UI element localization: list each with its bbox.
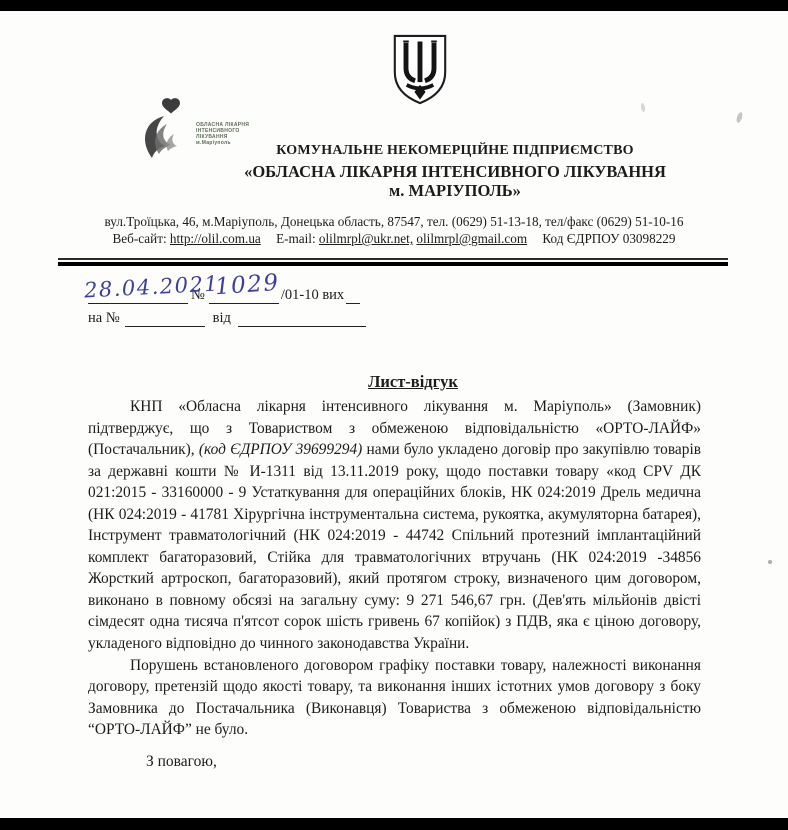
header-divider	[58, 258, 728, 266]
scan-speck	[735, 111, 743, 123]
number-tail-line	[346, 289, 360, 304]
number-suffix: /01-10 вих	[279, 287, 346, 304]
letter-body: КНП «Обласна лікарня інтенсивного лікува…	[88, 396, 701, 741]
address-block: вул.Троїцька, 46, м.Маріуполь, Донецька …	[11, 214, 777, 247]
org-type-line: КОМУНАЛЬНЕ НЕКОМЕРЦІЙНЕ ПІДПРИЄМСТВО	[150, 143, 760, 159]
scan-speck	[640, 103, 646, 113]
scan-edge-bottom	[0, 818, 788, 830]
org-header: КОМУНАЛЬНЕ НЕКОМЕРЦІЙНЕ ПІДПРИЄМСТВО «ОБ…	[150, 143, 760, 200]
reply-from-field	[238, 312, 366, 327]
paragraph: КНП «Обласна лікарня інтенсивного лікува…	[88, 396, 701, 655]
email-link-1: olilmrpl@ukr.net,	[319, 231, 413, 246]
website-link: http://olil.com.ua	[170, 231, 261, 246]
ukraine-trident-emblem	[385, 33, 455, 106]
handwritten-number: 1029	[214, 270, 280, 300]
email-link-2: olilmrpl@gmail.com	[416, 231, 527, 246]
address-line: вул.Троїцька, 46, м.Маріуполь, Донецька …	[11, 214, 777, 230]
reply-to-field	[125, 312, 205, 327]
edrpou-code: 03098229	[623, 231, 676, 246]
number-field: 1029	[209, 281, 279, 304]
date-field: 28.04.2021	[88, 281, 188, 304]
email-label: E-mail:	[276, 231, 316, 246]
reply-to-label: на №	[88, 310, 120, 327]
closing-salutation: З повагою,	[146, 753, 217, 771]
scanned-letter-page: ОБЛАСНА ЛІКАРНЯІНТЕНСИВНОГОЛІКУВАННЯм.Ма…	[0, 0, 788, 830]
reply-from-label: від	[213, 310, 231, 327]
org-name-line-2: м. МАРІУПОЛЬ»	[150, 181, 760, 200]
letter-title: Лист-відгук	[0, 372, 788, 392]
scan-speck	[768, 560, 772, 564]
org-name-line-1: «ОБЛАСНА ЛІКАРНЯ ІНТЕНСИВНОГО ЛІКУВАННЯ	[150, 162, 760, 181]
paragraph: Порушень встановленого договором графіку…	[88, 655, 701, 741]
edrpou-label: Код ЄДРПОУ	[542, 231, 619, 246]
website-label: Веб-сайт:	[113, 231, 167, 246]
contacts-line: Веб-сайт: http://olil.com.ua E-mail: oli…	[11, 231, 777, 247]
reference-block: 28.04.2021 № 1029 /01-10 вих на № від	[88, 280, 366, 327]
scan-edge-top	[0, 0, 788, 11]
